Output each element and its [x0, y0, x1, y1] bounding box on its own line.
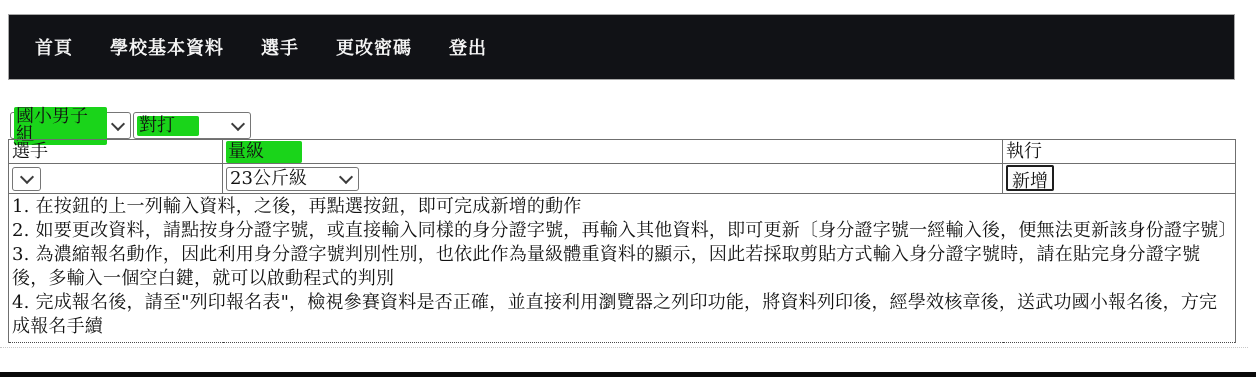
bottom-rule	[0, 372, 1256, 377]
nav-item-logout[interactable]: 登出	[449, 34, 487, 60]
col-header-player: 選手	[9, 140, 223, 164]
event-select-value: 對打	[137, 116, 199, 136]
weight-select[interactable]: 23公斤級	[226, 167, 359, 191]
add-button[interactable]: 新增	[1006, 165, 1054, 191]
nav-item-players[interactable]: 選手	[261, 34, 299, 60]
col-header-weight: 量級	[223, 140, 1003, 164]
weight-cell: 23公斤級	[223, 164, 1003, 194]
instruction-item-3: 3. 為濃縮報名動作，因此利用身分證字號判別性別，也依此作為量級體重資料的顯示，…	[12, 243, 1231, 291]
weight-header-highlight: 量級	[226, 141, 302, 163]
instructions: 1. 在按鈕的上一列輸入資料，之後，再點選按鈕，即可完成新增的動作 2. 如要更…	[9, 194, 1236, 343]
chevron-down-icon	[339, 169, 353, 183]
group-select[interactable]: 國小男子組	[10, 112, 131, 139]
instruction-item-1: 1. 在按鈕的上一列輸入資料，之後，再點選按鈕，即可完成新增的動作	[12, 195, 1231, 219]
action-cell: 新增	[1003, 164, 1236, 194]
instructions-row: 1. 在按鈕的上一列輸入資料，之後，再點選按鈕，即可完成新增的動作 2. 如要更…	[9, 194, 1236, 343]
player-select[interactable]	[12, 167, 41, 191]
nav-item-change-password[interactable]: 更改密碼	[336, 34, 412, 60]
main-nav: 首頁 學校基本資料 選手 更改密碼 登出	[8, 14, 1235, 80]
nav-item-school-info[interactable]: 學校基本資料	[110, 34, 224, 60]
instruction-item-2: 2. 如要更改資料，請點按身分證字號，或直接輸入同樣的身分證字號，再輸入其他資料…	[12, 219, 1231, 243]
instruction-item-4: 4. 完成報名後，請至"列印報名表"，檢視參賽資料是否正確，並直接利用瀏覽器之列…	[12, 291, 1231, 339]
entry-table-wrap: 選手 量級 執行 23公斤級 新增 1. 在按鈕	[8, 139, 1236, 348]
table-header-row: 選手 量級 執行	[9, 140, 1236, 164]
chevron-down-icon	[19, 169, 33, 183]
entry-table: 選手 量級 執行 23公斤級 新增 1. 在按鈕	[8, 139, 1236, 343]
faint-dotted-divider	[0, 347, 1248, 348]
event-select[interactable]: 對打	[133, 112, 251, 139]
table-input-row: 23公斤級 新增	[9, 164, 1236, 194]
weight-select-value: 23公斤級	[230, 170, 307, 188]
chevron-down-icon	[231, 116, 245, 130]
nav-item-home[interactable]: 首頁	[35, 34, 73, 60]
player-cell	[9, 164, 223, 194]
chevron-down-icon	[111, 116, 125, 130]
col-header-action: 執行	[1003, 140, 1236, 164]
